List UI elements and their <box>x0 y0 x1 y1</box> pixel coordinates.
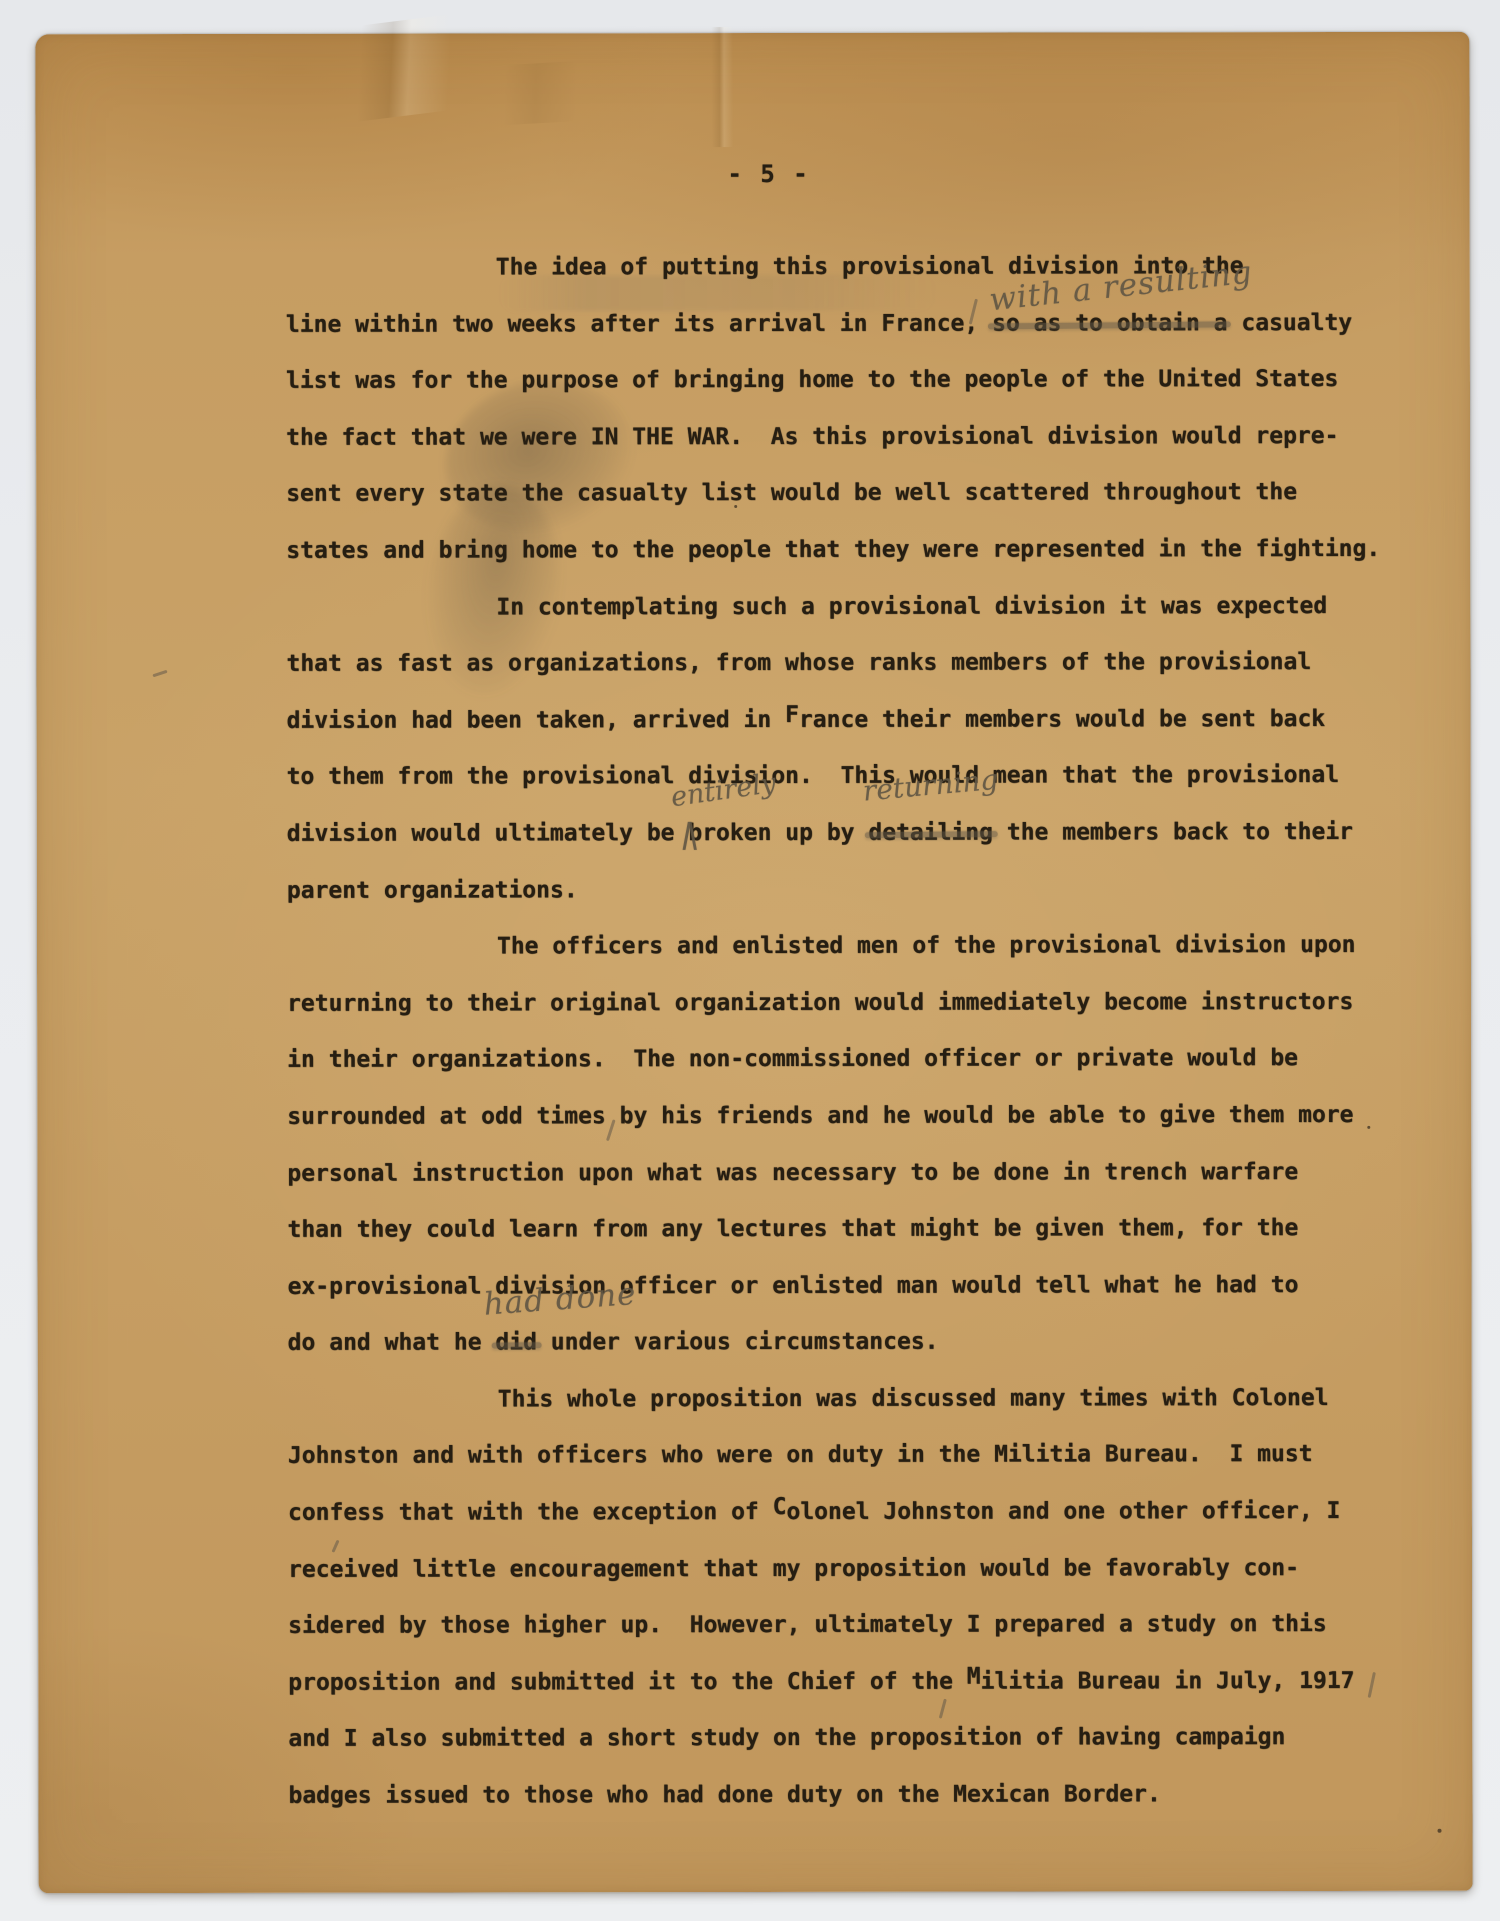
typed-text-segment: personal instruction upon what was neces… <box>287 1159 1298 1187</box>
typed-text-segment: do and what he <box>288 1330 496 1356</box>
pencil-strikethrough-text: detailing <box>868 820 993 846</box>
typed-line: ex-provisional division officer or enlis… <box>288 1257 1408 1316</box>
page-number: - 5 - <box>234 159 1304 189</box>
typed-text-segment: confess that with the exception of <box>288 1499 773 1526</box>
paper-speck <box>1438 1829 1442 1833</box>
typed-line: states and bring home to the people that… <box>286 521 1406 580</box>
document-page: - 5 - The idea of putting this provision… <box>35 32 1472 1894</box>
typed-line: division had been taken, arrived in Fran… <box>287 691 1407 750</box>
typed-line: and I also submitted a short study on th… <box>288 1709 1408 1768</box>
typed-text-segment: casualty <box>1227 310 1352 336</box>
paper-crease <box>171 0 619 143</box>
typed-text-segment: In contemplating such a provisional divi… <box>496 593 1327 620</box>
typed-text-segment: and I also submitted a short study on th… <box>288 1725 1285 1753</box>
typed-line: In contemplating such a provisional divi… <box>286 577 1406 636</box>
typed-line: do and what he did under various circums… <box>288 1313 1408 1372</box>
typed-text-segment: The officers and enlisted men of the pro… <box>497 932 1356 959</box>
typed-line: sidered by those higher up. However, ult… <box>288 1596 1408 1655</box>
typed-text-segment: rance their members would be sent back <box>799 706 1325 733</box>
typed-line: This whole proposition was discussed man… <box>288 1370 1408 1429</box>
typed-line: division would ultimately be broken up b… <box>287 804 1407 863</box>
typed-line: received little encouragement that my pr… <box>288 1540 1408 1599</box>
typed-text-segment: in their organizations. The non-commissi… <box>287 1045 1298 1073</box>
scan-background: - 5 - The idea of putting this provision… <box>0 0 1500 1921</box>
typed-line: confess that with the exception of Colon… <box>288 1483 1408 1542</box>
typed-line: Johnston and with officers who were on d… <box>288 1426 1408 1485</box>
typed-text-segment: list was for the purpose of bringing hom… <box>286 366 1338 394</box>
typed-text-segment: ex-provisional division officer or enlis… <box>288 1272 1299 1300</box>
typed-text-segment: sidered by those higher up. However, ult… <box>288 1611 1327 1639</box>
typed-text-segment: division had been taken, arrived in <box>287 707 786 734</box>
typed-text-segment: olonel Johnston and one other officer, I <box>786 1498 1340 1525</box>
typed-text-segment: to them from the provisional division. T… <box>287 762 1339 790</box>
typed-line: parent organizations. <box>287 860 1407 919</box>
typed-text-segment: the fact that we were IN THE WAR. As thi… <box>286 423 1338 451</box>
raised-typed-letter: C <box>773 1494 787 1520</box>
insertion-caret-mark: ∧ <box>679 807 701 863</box>
typed-text-body: The idea of putting this provisional div… <box>286 238 1409 1825</box>
paper-crease <box>675 27 765 147</box>
typed-text-segment: line within two weeks after its arrival … <box>286 310 992 337</box>
typed-text-segment: proposition and submitted it to the Chie… <box>288 1668 967 1695</box>
typed-text-segment: parent organizations. <box>287 877 578 904</box>
typed-line: personal instruction upon what was neces… <box>287 1143 1407 1202</box>
typed-line: surrounded at odd times by his friends a… <box>287 1087 1407 1146</box>
typed-line: The officers and enlisted men of the pro… <box>287 917 1407 976</box>
typed-line: proposition and submitted it to the Chie… <box>288 1653 1408 1712</box>
typed-line: list was for the purpose of bringing hom… <box>286 351 1406 410</box>
typed-text-segment: received little encouragement that my pr… <box>288 1555 1299 1583</box>
typed-text-segment: surrounded at odd times by his friends a… <box>287 1102 1353 1130</box>
typed-text-segment: than they could learn from any lectures … <box>287 1215 1298 1243</box>
typed-text-segment: ilitia Bureau in July, 1917 <box>981 1668 1355 1695</box>
typed-text-segment: This whole proposition was discussed man… <box>498 1385 1329 1412</box>
raised-typed-letter: M <box>967 1663 981 1689</box>
paper-crease <box>274 49 796 137</box>
typed-text-segment: returning to their original organization… <box>287 989 1353 1017</box>
typed-line: the fact that we were IN THE WAR. As thi… <box>286 408 1406 467</box>
raised-typed-letter: F <box>785 702 799 728</box>
pencil-strikethrough-text: did <box>495 1330 537 1356</box>
typed-line: sent every state the casualty list would… <box>286 464 1406 523</box>
typed-text-segment: sent every state the casualty list would… <box>286 479 1297 507</box>
typed-line: in their organizations. The non-commissi… <box>287 1030 1407 1089</box>
typed-line: that as fast as organizations, from whos… <box>286 634 1406 693</box>
typed-line: badges issued to those who had done duty… <box>288 1766 1408 1825</box>
typed-line: than they could learn from any lectures … <box>287 1200 1407 1259</box>
typed-text-segment: under various circumstances. <box>537 1329 939 1356</box>
typed-line: to them from the provisional division. T… <box>287 747 1407 806</box>
typed-text-segment: states and bring home to the people that… <box>286 536 1380 564</box>
typed-text-segment: Johnston and with officers who were on d… <box>288 1441 1313 1469</box>
typed-text-segment: the members back to their <box>993 819 1353 846</box>
typed-line: returning to their original organization… <box>287 974 1407 1033</box>
typed-line: line within two weeks after its arrival … <box>286 294 1406 353</box>
typed-text-segment: that as fast as organizations, from whos… <box>286 649 1311 677</box>
typed-text-segment: badges issued to those who had done duty… <box>288 1781 1160 1809</box>
pencil-mark <box>152 670 167 678</box>
typed-text-segment: division would ultimately be broken up b… <box>287 820 869 847</box>
